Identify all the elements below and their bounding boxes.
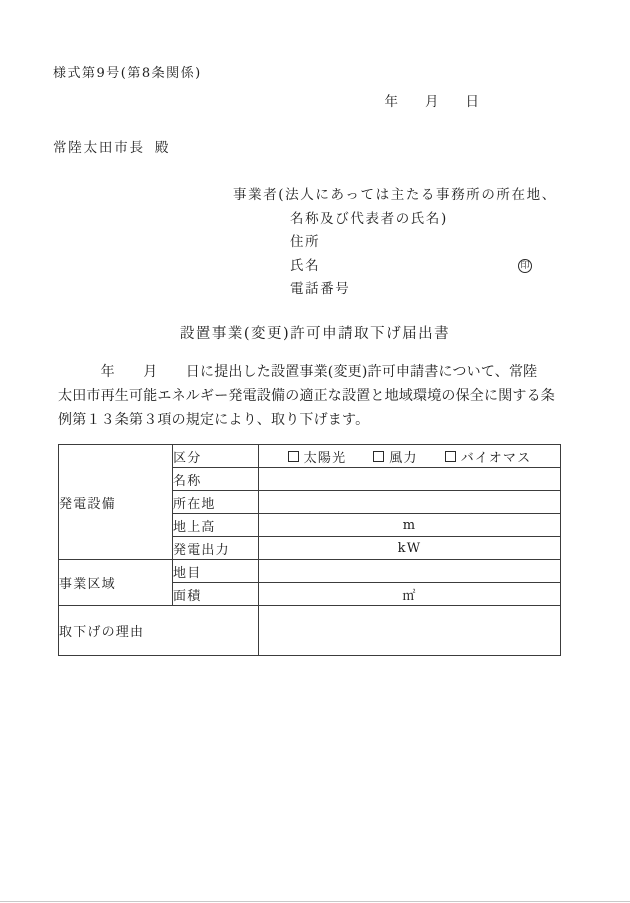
applicant-phone-label: 電話番号	[290, 278, 557, 302]
row-label-name: 名称	[173, 468, 259, 491]
applicant-address-label: 住所	[290, 231, 557, 255]
checkbox-icon-biomass	[445, 451, 456, 462]
body-line-3: 例第１３条第３項の規定により、取り下げます。	[58, 408, 572, 432]
date-year-label: 年	[385, 90, 400, 110]
option-solar-label: 太陽光	[304, 447, 347, 466]
addressee-line: 常陸太田市長 殿	[53, 136, 170, 156]
row-label-withdrawal-reason: 取下げの理由	[59, 606, 259, 656]
applicant-heading-line2: 名称及び代表者の氏名)	[290, 208, 557, 232]
row-label-output: 発電出力	[173, 537, 259, 560]
withdrawal-reason-value-cell	[259, 606, 561, 656]
table-row: 取下げの理由	[59, 606, 561, 656]
height-unit-cell: m	[259, 514, 561, 537]
form-number: 様式第9号(第8条関係)	[53, 62, 202, 81]
addressee-honorific: 殿	[155, 136, 170, 156]
checkbox-icon-wind	[373, 451, 384, 462]
applicant-heading-line1: 事業者(法人にあっては主たる事務所の所在地、	[233, 184, 557, 208]
body-paragraph: 年 月 日に提出した設置事業(変更)許可申請書について、常陸 太田市再生可能エネ…	[58, 360, 572, 432]
body-line-1: 年 月 日に提出した設置事業(変更)許可申請書について、常陸	[58, 360, 572, 384]
applicant-name-row: 氏名 印	[290, 255, 532, 279]
applicant-block: 事業者(法人にあっては主たる事務所の所在地、 名称及び代表者の氏名) 住所 氏名…	[233, 184, 557, 302]
option-wind: 風力	[373, 447, 417, 466]
group-label-power-facility: 発電設備	[59, 445, 173, 560]
output-unit-cell: kW	[259, 537, 561, 560]
date-month-label: 月	[425, 90, 440, 110]
category-options-cell: 太陽光 風力 バイオマス	[259, 445, 561, 468]
option-biomass-label: バイオマス	[461, 447, 532, 466]
checkbox-icon-solar	[288, 451, 299, 462]
date-line: 年 月 日	[385, 90, 481, 110]
row-label-category: 区分	[173, 445, 259, 468]
document-title: 設置事業(変更)許可申請取下げ届出書	[0, 322, 630, 343]
name-value-cell	[259, 468, 561, 491]
table-row: 事業区域 地目	[59, 560, 561, 583]
table-row: 発電設備 区分 太陽光 風力 バイオマス	[59, 445, 561, 468]
date-day-label: 日	[466, 90, 481, 110]
land-category-value-cell	[259, 560, 561, 583]
addressee-title: 常陸太田市長	[53, 136, 145, 156]
group-label-business-area: 事業区域	[59, 560, 173, 606]
seal-icon: 印	[518, 259, 532, 273]
option-wind-label: 風力	[389, 447, 417, 466]
body-line-2: 太田市再生可能エネルギー発電設備の適正な設置と地域環境の保全に関する条	[58, 384, 572, 408]
option-solar: 太陽光	[288, 447, 347, 466]
location-value-cell	[259, 491, 561, 514]
applicant-name-label: 氏名	[290, 255, 320, 279]
category-options: 太陽光 風力 バイオマス	[259, 447, 560, 466]
application-table: 発電設備 区分 太陽光 風力 バイオマス	[58, 444, 561, 656]
page-bottom-edge	[0, 901, 630, 902]
area-unit-cell: ㎡	[259, 583, 561, 606]
row-label-land-category: 地目	[173, 560, 259, 583]
row-label-height: 地上高	[173, 514, 259, 537]
form-page: 様式第9号(第8条関係) 年 月 日 常陸太田市長 殿 事業者(法人にあっては主…	[0, 0, 630, 903]
option-biomass: バイオマス	[445, 447, 532, 466]
row-label-location: 所在地	[173, 491, 259, 514]
row-label-area: 面積	[173, 583, 259, 606]
